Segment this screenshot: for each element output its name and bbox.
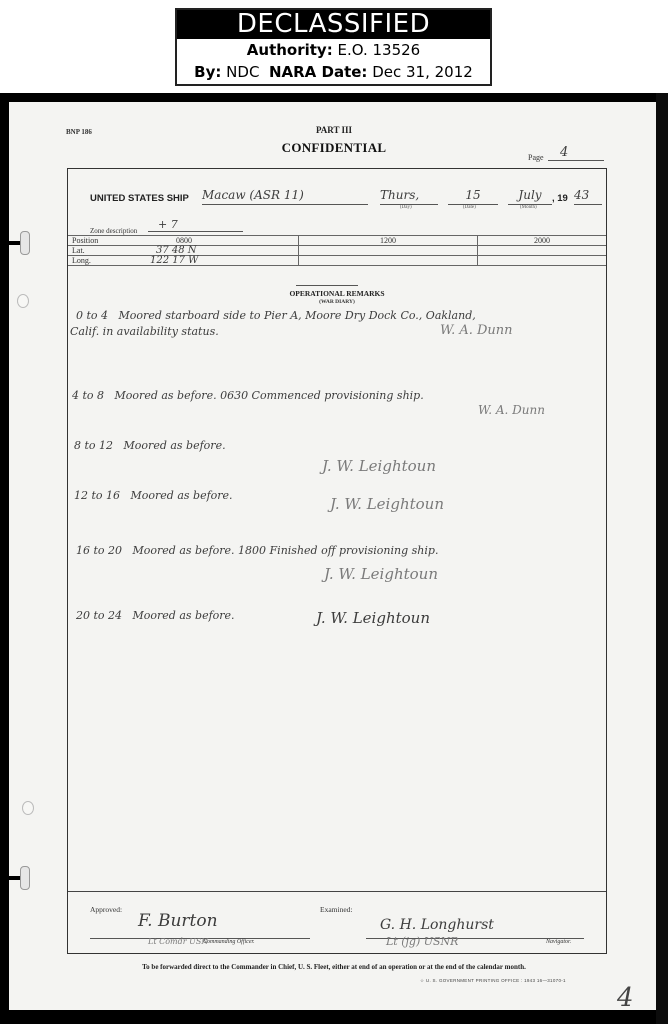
lat-2000 <box>478 246 607 256</box>
watch-officer-signature: J. W. Leightoun <box>330 495 444 513</box>
long-2000 <box>478 256 607 266</box>
stamp-authority: Authority: E.O. 13526 <box>177 39 490 61</box>
declassified-stamp: DECLASSIFIED Authority: E.O. 13526 By: N… <box>175 8 492 86</box>
date-value: Dec 31, 2012 <box>372 63 473 81</box>
handwritten-page-mark: 4 <box>617 983 634 1013</box>
year-field: 43 <box>574 188 602 205</box>
diary-entry: 12 to 16 Moored as before. <box>74 489 233 503</box>
watch-officer-signature: W. A. Dunn <box>440 323 513 338</box>
punch-hole-icon <box>22 801 34 815</box>
time-header-1200: 1200 <box>299 236 478 246</box>
entry-text: Moored as before. <box>133 609 235 622</box>
by-label: By: <box>194 63 221 81</box>
ship-header-row: UNITED STATES SHIP Macaw (ASR 11) Thurs,… <box>90 188 605 208</box>
punch-hole-icon <box>17 294 29 308</box>
watch-time: 4 to 8 <box>72 389 104 402</box>
commanding-officer-rank: Lt Comdr USN <box>148 937 208 946</box>
position-table: Position 0800 1200 2000 Lat. 37 48 N Lon… <box>68 235 606 266</box>
binder-clip-icon <box>20 866 30 890</box>
stamp-by-date: By: NDC NARA Date: Dec 31, 2012 <box>177 61 490 83</box>
watch-officer-signature: J. W. Leightoun <box>324 565 438 583</box>
page-number: 4 <box>548 147 604 161</box>
day-field: Thurs, <box>380 188 438 205</box>
examined-label: Examined: <box>320 905 353 914</box>
watch-officer-signature: J. W. Leightoun <box>316 609 430 627</box>
watch-time: 20 to 24 <box>76 609 122 622</box>
entry-text: Moored as before. 0630 Commenced provisi… <box>115 389 424 402</box>
navigator-signature: G. H. Longhurst <box>380 917 494 933</box>
long-0800: 122 17 W <box>136 256 299 266</box>
position-header-row: Position 0800 1200 2000 <box>68 236 606 246</box>
entry-text: Moored as before. <box>131 489 233 502</box>
remarks-heading: OPERATIONAL REMARKS <box>68 289 606 298</box>
commanding-officer-label: Commanding Officer. <box>203 939 255 945</box>
diary-entry: 0 to 4 Moored starboard side to Pier A, … <box>76 309 476 323</box>
lat-0800: 37 48 N <box>136 246 299 256</box>
long-label: Long. <box>68 256 136 266</box>
long-row: Long. 122 17 W <box>68 256 606 266</box>
authority-value: E.O. 13526 <box>338 41 421 59</box>
ship-name: Macaw (ASR 11) <box>202 188 368 205</box>
approved-label: Approved: <box>90 905 122 914</box>
position-header: Position <box>68 236 136 246</box>
day-caption: (Day) <box>400 205 412 210</box>
page-label: Page <box>528 153 544 162</box>
scan-edge <box>656 93 668 1024</box>
stamp-title: DECLASSIFIED <box>177 10 490 39</box>
form-frame: UNITED STATES SHIP Macaw (ASR 11) Thurs,… <box>67 168 607 954</box>
diary-entry: 16 to 20 Moored as before. 1800 Finished… <box>76 544 438 558</box>
diary-entry: 20 to 24 Moored as before. <box>76 609 235 623</box>
diary-entry: 4 to 8 Moored as before. 0630 Commenced … <box>72 389 424 403</box>
lat-1200 <box>299 246 478 256</box>
remarks-subheading: (WAR DIARY) <box>68 299 606 305</box>
date-field: 15 <box>448 188 498 205</box>
entry-text: Moored as before. 1800 Finished off prov… <box>133 544 439 557</box>
commanding-officer-signature: F. Burton <box>138 911 218 931</box>
part-heading: PART III <box>0 125 668 135</box>
month-caption: (Month) <box>520 205 537 210</box>
long-1200 <box>299 256 478 266</box>
entry-text: Moored starboard side to Pier A, Moore D… <box>119 309 476 322</box>
time-header-0800: 0800 <box>136 236 299 246</box>
printer-imprint: ☆ U. S. GOVERNMENT PRINTING OFFICE : 194… <box>420 978 566 984</box>
watch-officer-signature: J. W. Leightoun <box>322 457 436 475</box>
month-field: July <box>508 188 552 205</box>
ship-label: UNITED STATES SHIP <box>90 193 189 204</box>
watch-officer-signature: W. A. Dunn <box>478 403 545 417</box>
entry-text: Moored as before. <box>124 439 226 452</box>
watch-time: 16 to 20 <box>76 544 122 557</box>
diary-entry: 8 to 12 Moored as before. <box>74 439 226 453</box>
authority-label: Authority: <box>247 41 333 59</box>
printer-text: U. S. GOVERNMENT PRINTING OFFICE : 1943 … <box>426 978 566 983</box>
signature-block-rule <box>68 891 606 892</box>
forwarding-instruction: To be forwarded direct to the Commander … <box>0 963 668 971</box>
watch-time: 8 to 12 <box>74 439 113 452</box>
watch-time: 0 to 4 <box>76 309 108 322</box>
by-value: NDC <box>226 63 259 81</box>
star-icon: ☆ <box>420 978 424 983</box>
date-caption: (Date) <box>463 205 476 210</box>
watch-time: 12 to 16 <box>74 489 120 502</box>
lat-label: Lat. <box>68 246 136 256</box>
zone-value: + 7 <box>148 220 243 232</box>
time-header-2000: 2000 <box>478 236 607 246</box>
navigator-rank: Lt (jg) USNR <box>386 935 458 948</box>
remarks-rule <box>296 285 358 286</box>
binder-clip-icon <box>20 231 30 255</box>
date-label: NARA Date: <box>269 63 367 81</box>
navigator-label: Navigator. <box>546 939 571 945</box>
diary-entry-continued: Calif. in availability status. <box>70 325 219 339</box>
zone-label: Zone description <box>90 227 137 235</box>
year-prefix: , 19 <box>552 193 568 204</box>
lat-row: Lat. 37 48 N <box>68 246 606 256</box>
